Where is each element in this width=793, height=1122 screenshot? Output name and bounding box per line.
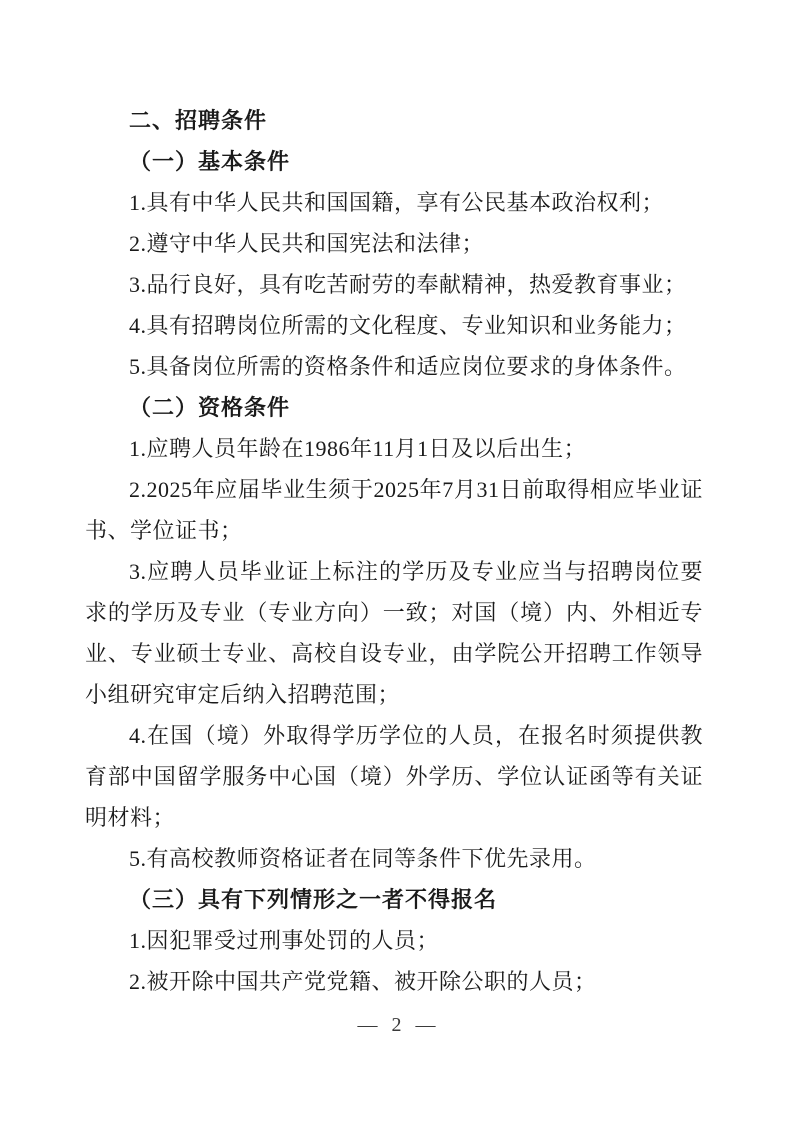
list-item: 5.具备岗位所需的资格条件和适应岗位要求的身体条件。 — [85, 346, 703, 387]
list-item: 2.被开除中国共产党党籍、被开除公职的人员； — [85, 961, 703, 1002]
list-item: 2.2025年应届毕业生须于2025年7月31日前取得相应毕业证书、学位证书； — [85, 469, 703, 551]
list-item: 2.遵守中华人民共和国宪法和法律； — [85, 223, 703, 264]
list-item: 1.应聘人员年龄在1986年11月1日及以后出生； — [85, 428, 703, 469]
list-item: 1.具有中华人民共和国国籍，享有公民基本政治权利； — [85, 182, 703, 223]
list-item: 5.有高校教师资格证者在同等条件下优先录用。 — [85, 838, 703, 879]
list-item: 4.具有招聘岗位所需的文化程度、专业知识和业务能力； — [85, 305, 703, 346]
list-item: 3.品行良好，具有吃苦耐劳的奉献精神，热爱教育事业； — [85, 264, 703, 305]
section-heading-recruitment-conditions: 二、招聘条件 — [85, 100, 703, 141]
subsection-heading-basic-conditions: （一）基本条件 — [85, 141, 703, 182]
list-item: 3.应聘人员毕业证上标注的学历及专业应当与招聘岗位要求的学历及专业（专业方向）一… — [85, 551, 703, 715]
page-number: — 2 — — [0, 1010, 793, 1040]
list-item: 1.因犯罪受过刑事处罚的人员； — [85, 920, 703, 961]
document-page: 二、招聘条件 （一）基本条件 1.具有中华人民共和国国籍，享有公民基本政治权利；… — [0, 0, 793, 1122]
list-item: 4.在国（境）外取得学历学位的人员，在报名时须提供教育部中国留学服务中心国（境）… — [85, 715, 703, 838]
document-body: 二、招聘条件 （一）基本条件 1.具有中华人民共和国国籍，享有公民基本政治权利；… — [85, 100, 703, 1002]
subsection-heading-qualification-conditions: （二）资格条件 — [85, 387, 703, 428]
subsection-heading-ineligible-situations: （三）具有下列情形之一者不得报名 — [85, 879, 703, 920]
